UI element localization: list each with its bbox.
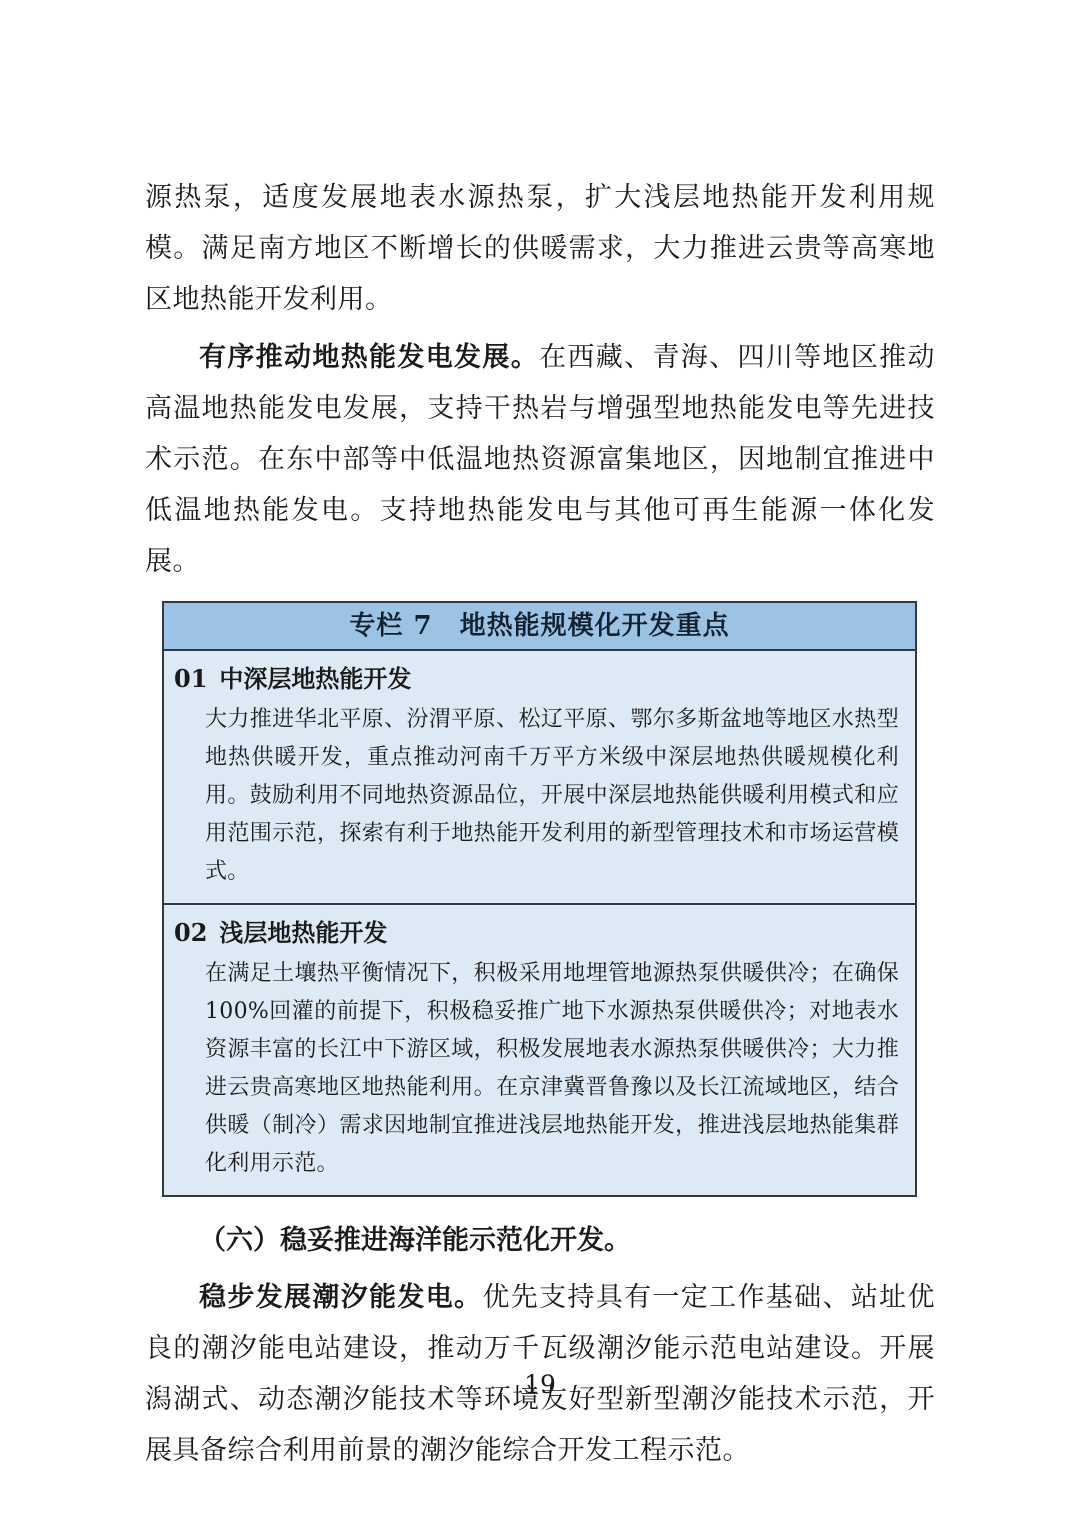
callout-section-01: 01中深层地热能开发 大力推进华北平原、汾渭平原、松辽平原、鄂尔多斯盆地等地区水…: [164, 651, 915, 903]
callout-box-zhuanlan-7: 专栏 7 地热能规模化开发重点 01中深层地热能开发 大力推进华北平原、汾渭平原…: [162, 601, 917, 1197]
callout-section-02: 02浅层地热能开发 在满足土壤热平衡情况下，积极采用地埋管地源热泵供暖供冷；在确…: [164, 903, 915, 1195]
paragraph-heatpump-continuation: 源热泵，适度发展地表水源热泵，扩大浅层地热能开发利用规模。满足南方地区不断增长的…: [145, 172, 935, 325]
section-01-number: 01: [174, 664, 207, 693]
paragraph-geothermal-power: 有序推动地热能发电发展。在西藏、青海、四川等地区推动高温地热能发电发展，支持干热…: [145, 332, 935, 587]
document-page: 源热泵，适度发展地表水源热泵，扩大浅层地热能开发利用规模。满足南方地区不断增长的…: [0, 0, 1080, 1527]
paragraph-lead-geothermal-power: 有序推动地热能发电发展。: [199, 342, 539, 373]
callout-box-title: 专栏 7 地热能规模化开发重点: [164, 603, 915, 651]
heading-section-6: （六）稳妥推进海洋能示范化开发。: [145, 1215, 935, 1266]
section-02-number: 02: [174, 918, 207, 947]
paragraph-text-geothermal-power: 在西藏、青海、四川等地区推动高温地热能发电发展，支持干热岩与增强型地热能发电等先…: [145, 342, 935, 577]
section-02-heading-row: 02浅层地热能开发: [174, 913, 903, 953]
section-01-heading-row: 01中深层地热能开发: [174, 659, 903, 699]
section-01-body: 大力推进华北平原、汾渭平原、松辽平原、鄂尔多斯盆地等地区水热型地热供暖开发，重点…: [205, 701, 899, 891]
page-number: 19: [0, 1370, 1080, 1399]
section-02-heading: 浅层地热能开发: [219, 918, 387, 947]
section-01-heading: 中深层地热能开发: [219, 664, 411, 693]
paragraph-lead-tidal-energy: 稳步发展潮汐能发电。: [199, 1282, 482, 1313]
section-02-body: 在满足土壤热平衡情况下，积极采用地埋管地源热泵供暖供冷；在确保 100%回灌的前…: [205, 955, 899, 1183]
